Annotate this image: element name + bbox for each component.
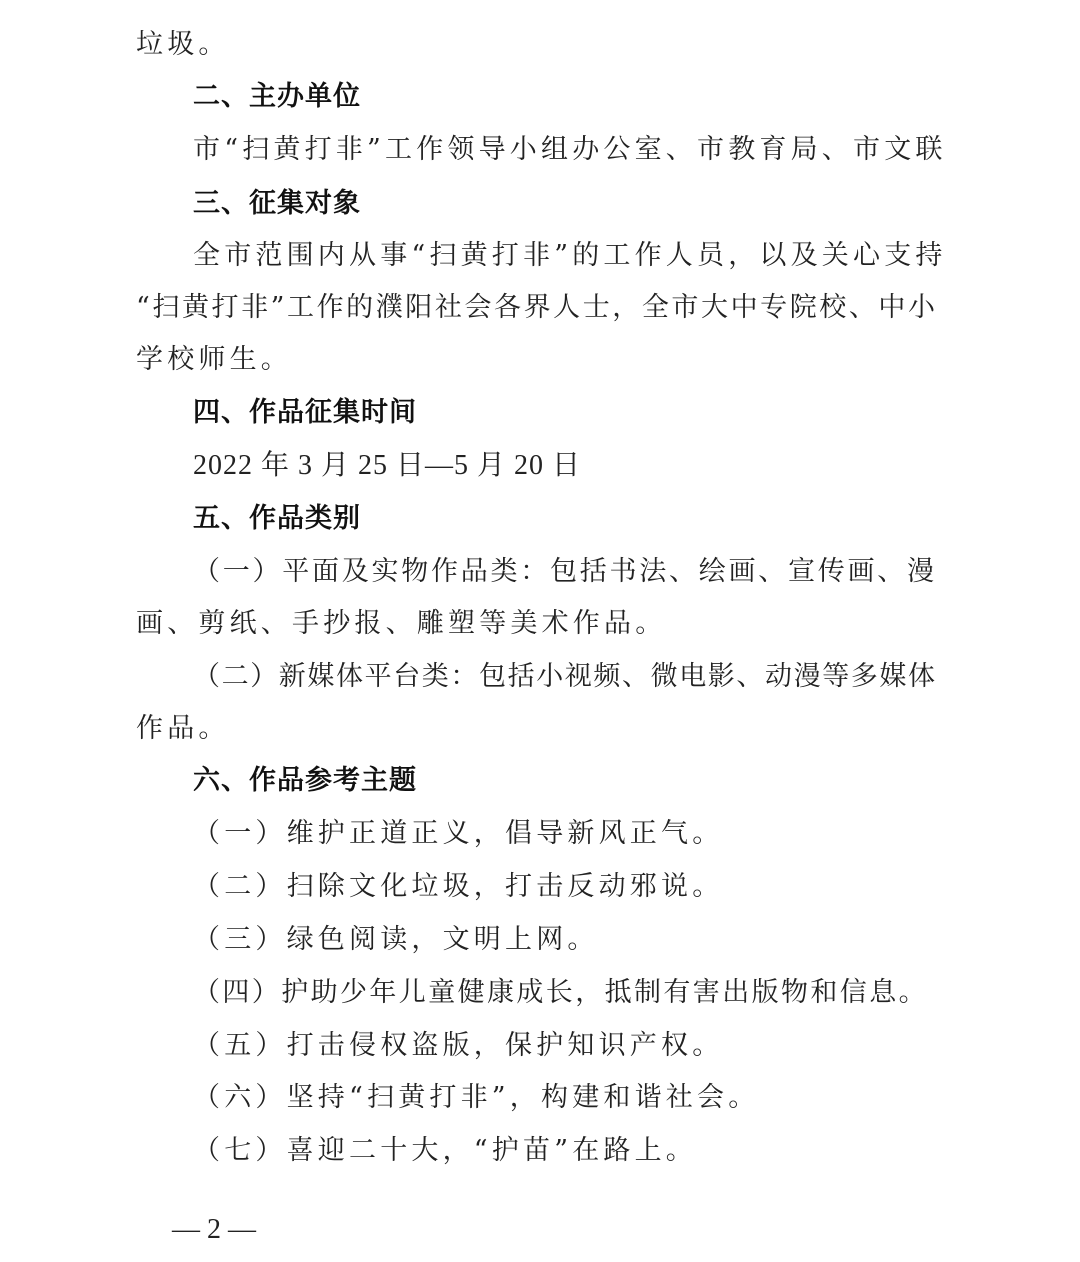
category-2-line-1: （二）新媒体平台类：包括小视频、微电影、动漫等多媒体 bbox=[193, 651, 936, 703]
theme-item-4: （四）护助少年儿童健康成长，抵制有害出版物和信息。 bbox=[193, 967, 1003, 1019]
participants-text-line-2: “扫黄打非”工作的濮阳社会各界人士，全市大中专院校、中小 bbox=[136, 282, 936, 334]
theme-item-6: （六）坚持“扫黄打非”，构建和谐社会。 bbox=[193, 1072, 1003, 1124]
section-heading-themes: 六、作品参考主题 bbox=[193, 755, 1003, 807]
category-1-line-1: （一）平面及实物作品类：包括书法、绘画、宣传画、漫 bbox=[193, 546, 936, 598]
section-heading-collection-time: 四、作品征集时间 bbox=[193, 387, 1003, 439]
section-heading-participants: 三、征集对象 bbox=[193, 178, 1003, 230]
document-page: 垃圾。 二、主办单位 市“扫黄打非”工作领导小组办公室、市教育局、市文联 三、征… bbox=[0, 0, 1080, 1262]
organizers-text: 市“扫黄打非”工作领导小组办公室、市教育局、市文联 bbox=[193, 124, 1003, 176]
page-number: — 2 — bbox=[172, 1204, 256, 1256]
category-1-line-2: 画、剪纸、手抄报、雕塑等美术作品。 bbox=[136, 598, 946, 650]
theme-item-2: （二）扫除文化垃圾，打击反动邪说。 bbox=[193, 861, 1003, 913]
theme-item-3: （三）绿色阅读，文明上网。 bbox=[193, 914, 1003, 966]
category-2-line-2: 作品。 bbox=[136, 703, 946, 755]
theme-item-1: （一）维护正道正义，倡导新风正气。 bbox=[193, 808, 1003, 860]
section-heading-categories: 五、作品类别 bbox=[193, 493, 1003, 545]
collection-time-text: 2022 年 3 月 25 日—5 月 20 日 bbox=[193, 440, 1003, 492]
theme-item-7: （七）喜迎二十大，“护苗”在路上。 bbox=[193, 1125, 1003, 1177]
participants-text-line-3: 学校师生。 bbox=[136, 334, 946, 386]
body-text-continuation: 垃圾。 bbox=[136, 19, 946, 71]
section-heading-organizers: 二、主办单位 bbox=[193, 71, 1003, 123]
participants-text-line-1: 全市范围内从事“扫黄打非”的工作人员，以及关心支持 bbox=[193, 230, 936, 282]
theme-item-5: （五）打击侵权盗版，保护知识产权。 bbox=[193, 1020, 1003, 1072]
